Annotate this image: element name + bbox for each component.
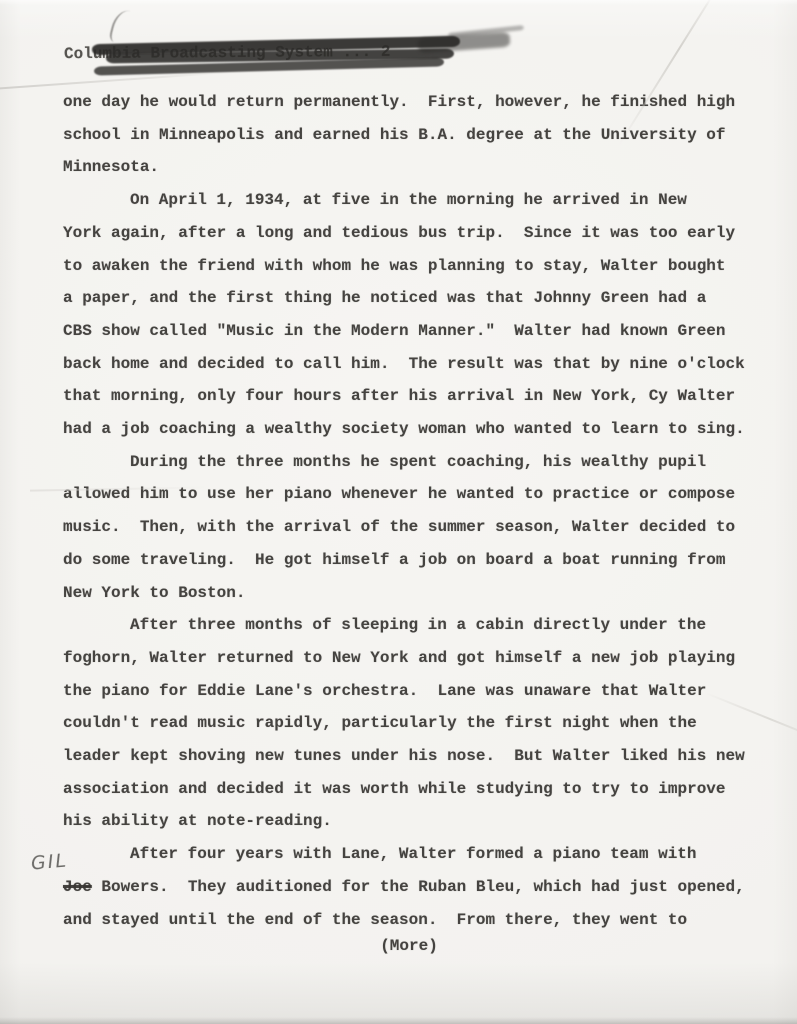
paragraph-5: After four years with Lane, Walter forme… bbox=[63, 838, 755, 936]
text-line: After three months of sleeping in a cabi… bbox=[63, 609, 755, 642]
text-line: music. Then, with the arrival of the sum… bbox=[63, 511, 755, 544]
document-body: one day he would return permanently. Fir… bbox=[63, 86, 755, 963]
text-line: allowed him to use her piano whenever he… bbox=[63, 478, 755, 511]
text-line: After four years with Lane, Walter forme… bbox=[63, 838, 755, 871]
text-line-remainder: Bowers. They auditioned for the Ruban Bl… bbox=[92, 878, 745, 896]
paragraph-1: one day he would return permanently. Fir… bbox=[63, 86, 755, 184]
text-line: had a job coaching a wealthy society wom… bbox=[63, 413, 755, 446]
text-line: back home and decided to call him. The r… bbox=[63, 348, 755, 381]
paragraph-4: After three months of sleeping in a cabi… bbox=[63, 609, 755, 838]
paper-edge-highlight bbox=[0, 0, 797, 5]
text-line: a paper, and the first thing he noticed … bbox=[63, 282, 755, 315]
text-line: do some traveling. He got himself a job … bbox=[63, 544, 755, 577]
text-line-with-correction: Joe Bowers. They auditioned for the Ruba… bbox=[63, 871, 755, 904]
paragraph-2: On April 1, 1934, at five in the morning… bbox=[63, 184, 755, 446]
struck-out-word: Joe bbox=[63, 878, 92, 896]
scribble-flick-mark bbox=[108, 8, 140, 47]
text-line: the piano for Eddie Lane's orchestra. La… bbox=[63, 675, 755, 708]
text-line: couldn't read music rapidly, particularl… bbox=[63, 707, 755, 740]
paper-edge-shadow bbox=[0, 1017, 797, 1024]
text-line: On April 1, 1934, at five in the morning… bbox=[63, 184, 755, 217]
text-line: York again, after a long and tedious bus… bbox=[63, 217, 755, 250]
text-line: one day he would return permanently. Fir… bbox=[63, 86, 755, 119]
scanned-document-page: Columbia Broadcasting System ... 2 one d… bbox=[0, 0, 797, 1024]
text-line: to awaken the friend with whom he was pl… bbox=[63, 250, 755, 283]
text-line: During the three months he spent coachin… bbox=[63, 446, 755, 479]
text-line: association and decided it was worth whi… bbox=[63, 773, 755, 806]
handwritten-margin-note: GIL bbox=[30, 849, 69, 874]
text-line: Minnesota. bbox=[63, 151, 755, 184]
text-line: leader kept shoving new tunes under his … bbox=[63, 740, 755, 773]
text-line: school in Minneapolis and earned his B.A… bbox=[63, 119, 755, 152]
text-line: CBS show called "Music in the Modern Man… bbox=[63, 315, 755, 348]
text-line: his ability at note-reading. bbox=[63, 805, 755, 838]
paragraph-3: During the three months he spent coachin… bbox=[63, 446, 755, 610]
text-line: New York to Boston. bbox=[63, 577, 755, 610]
text-line: that morning, only four hours after his … bbox=[63, 380, 755, 413]
text-line: foghorn, Walter returned to New York and… bbox=[63, 642, 755, 675]
